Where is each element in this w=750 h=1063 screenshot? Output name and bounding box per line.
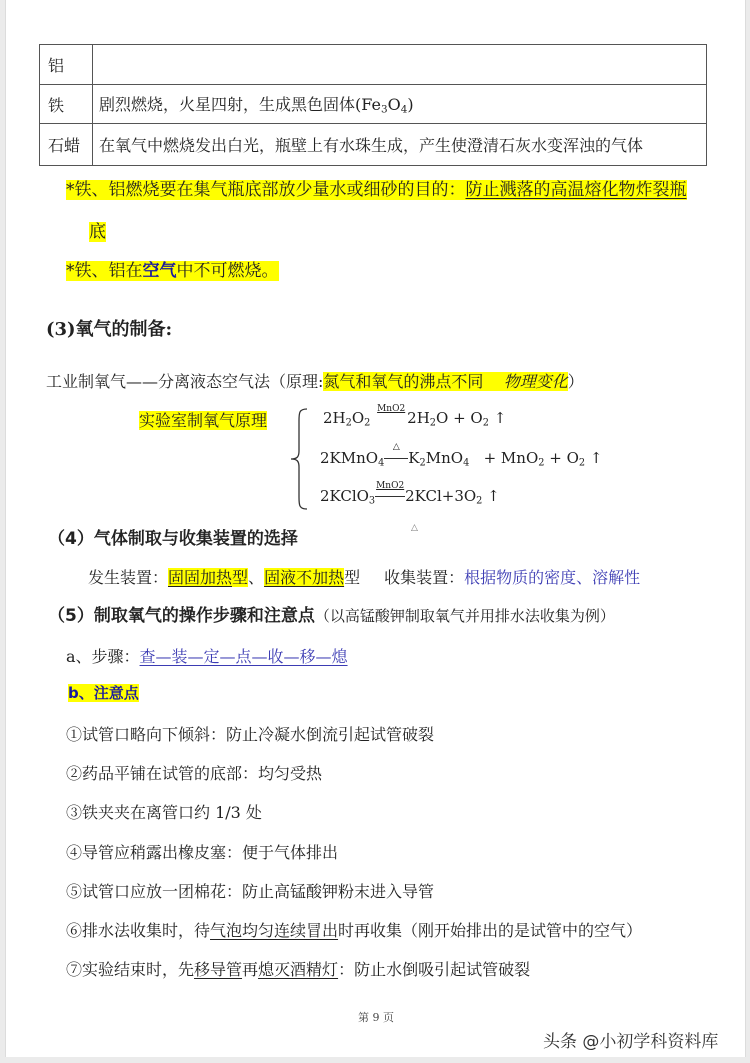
- document-page: 铝 铁 剧烈燃烧，火星四射，生成黑色固体(Fe3O4) 石蜡 在氧气中燃烧发出白…: [5, 0, 746, 1057]
- underlined-text: 移导管: [194, 960, 242, 979]
- underlined-text: 气泡均匀连续冒出: [210, 921, 338, 940]
- generator-option-1: 固固加热: [168, 568, 232, 587]
- equation-kclo3: 2KClO3MnO22KCl+3O2 ↑: [320, 487, 500, 506]
- section-3-title: (3)氧气的制备:: [46, 315, 172, 341]
- note-item-3: ③铁夹夹在离管口约 1/3 处: [66, 800, 262, 823]
- close-paren: ）: [568, 372, 584, 391]
- note-text: 底: [89, 222, 106, 242]
- note-item-7: ⑦实验结束时，先移导管再熄灭酒精灯：防止水倒吸引起试管破裂: [66, 957, 530, 980]
- note-text: *铁、铝燃烧要在集气瓶底部放少量水或细砂的目的：: [66, 180, 466, 200]
- generator-label: 发生装置：: [88, 568, 168, 587]
- combustion-table: 铝 铁 剧烈燃烧，火星四射，生成黑色固体(Fe3O4) 石蜡 在氧气中燃烧发出白…: [39, 44, 707, 166]
- lab-principle-label: 实验室制氧气原理: [139, 408, 267, 431]
- note-answer: 防止溅落的高温熔化物炸裂瓶: [466, 180, 687, 200]
- notes-label: b、注意点: [68, 682, 139, 703]
- industrial-method: 工业制氧气——分离液态空气法（原理:: [46, 372, 323, 391]
- note-item-4: ④导管应稍露出橡皮塞：便于气体排出: [66, 840, 338, 863]
- industrial-principle: 氮气和氧气的沸点不同: [323, 372, 483, 391]
- note-iron-aluminum-purpose: *铁、铝燃烧要在集气瓶底部放少量水或细砂的目的：防止溅落的高温熔化物炸裂瓶: [66, 175, 687, 200]
- lab-label-text: 实验室制氧气原理: [139, 411, 267, 430]
- gas-arrow-icon: ↑: [494, 409, 507, 427]
- section-4-title: （4）气体制取与收集装置的选择: [48, 524, 298, 549]
- apparatus-line: 发生装置：固固加热型、固液不加热型收集装置：根据物质的密度、溶解性: [88, 565, 640, 588]
- note-text: 中不可燃烧。: [177, 261, 279, 281]
- note-item-5: ⑤试管口应放一团棉花：防止高锰酸钾粉末进入导管: [66, 879, 434, 902]
- collector-label: 收集装置：: [384, 568, 464, 587]
- table-row: 铁 剧烈燃烧，火星四射，生成黑色固体(Fe3O4): [40, 85, 707, 124]
- note-continuation: 底: [89, 217, 106, 242]
- note-item-2: ②药品平铺在试管的底部：均匀受热: [66, 761, 322, 784]
- equation-kmno4: 2KMnO4△K2MnO4 + MnO2 + O2 ↑: [320, 449, 602, 468]
- phenomenon-cell: [93, 45, 707, 85]
- section-5-note: （以高锰酸钾制取氧气并用排水法收集为例）: [315, 607, 615, 625]
- table-row: 石蜡 在氧气中燃烧发出白光，瓶壁上有水珠生成，产生使澄清石灰水变浑浊的气体: [40, 124, 707, 166]
- substance-cell: 铝: [40, 45, 93, 85]
- page-number: 第 9 页: [358, 1009, 394, 1025]
- note-text: *铁、铝在: [66, 261, 143, 281]
- catalyst-label: MnO2: [375, 404, 407, 414]
- note-air-combustion: *铁、铝在空气中不可燃烧。: [66, 256, 279, 281]
- catalyst-label: MnO2: [375, 481, 405, 491]
- note-item-1: ①试管口略向下倾斜：防止冷凝水倒流引起试管破裂: [66, 722, 434, 745]
- note-item-6: ⑥排水法收集时，待气泡均匀连续冒出时再收集（刚开始排出的是试管中的空气）: [66, 918, 642, 941]
- section-5-heading: （5）制取氧气的操作步骤和注意点: [48, 606, 315, 626]
- heat-triangle-icon: △: [384, 442, 408, 452]
- table-row: 铝: [40, 45, 707, 85]
- substance-cell: 石蜡: [40, 124, 93, 166]
- notes-heading: b、注意点: [68, 684, 139, 702]
- note-emphasis: 空气: [143, 261, 177, 281]
- section-5-title: （5）制取氧气的操作步骤和注意点（以高锰酸钾制取氧气并用排水法收集为例）: [48, 601, 615, 626]
- equation-h2o2: 2H2O2 MnO22H2O + O2 ↑: [323, 409, 506, 428]
- change-type: 物理变化: [504, 372, 568, 391]
- industrial-oxygen-line: 工业制氧气——分离液态空气法（原理:氮气和氧气的沸点不同 物理变化）: [46, 369, 584, 392]
- steps-label: a、步骤：: [66, 647, 140, 666]
- brace-icon: [289, 407, 309, 511]
- phenomenon-cell: 在氧气中燃烧发出白光，瓶壁上有水珠生成，产生使澄清石灰水变浑浊的气体: [93, 124, 707, 166]
- generator-option-2: 固液不加热: [264, 568, 344, 587]
- watermark: 头条 @小初学科资料库: [543, 1027, 718, 1052]
- substance-cell: 铁: [40, 85, 93, 124]
- steps-line: a、步骤：查—装—定—点—收—移—熄: [66, 644, 348, 667]
- collector-value: 根据物质的密度、溶解性: [464, 568, 640, 587]
- gas-arrow-icon: ↑: [487, 487, 500, 505]
- steps-value: 查—装—定—点—收—移—熄: [140, 647, 348, 666]
- phenomenon-cell: 剧烈燃烧，火星四射，生成黑色固体(Fe3O4): [93, 85, 707, 124]
- stray-triangle-icon: △: [411, 523, 418, 533]
- gas-arrow-icon: ↑: [590, 449, 603, 467]
- underlined-text: 熄灭酒精灯: [258, 960, 338, 979]
